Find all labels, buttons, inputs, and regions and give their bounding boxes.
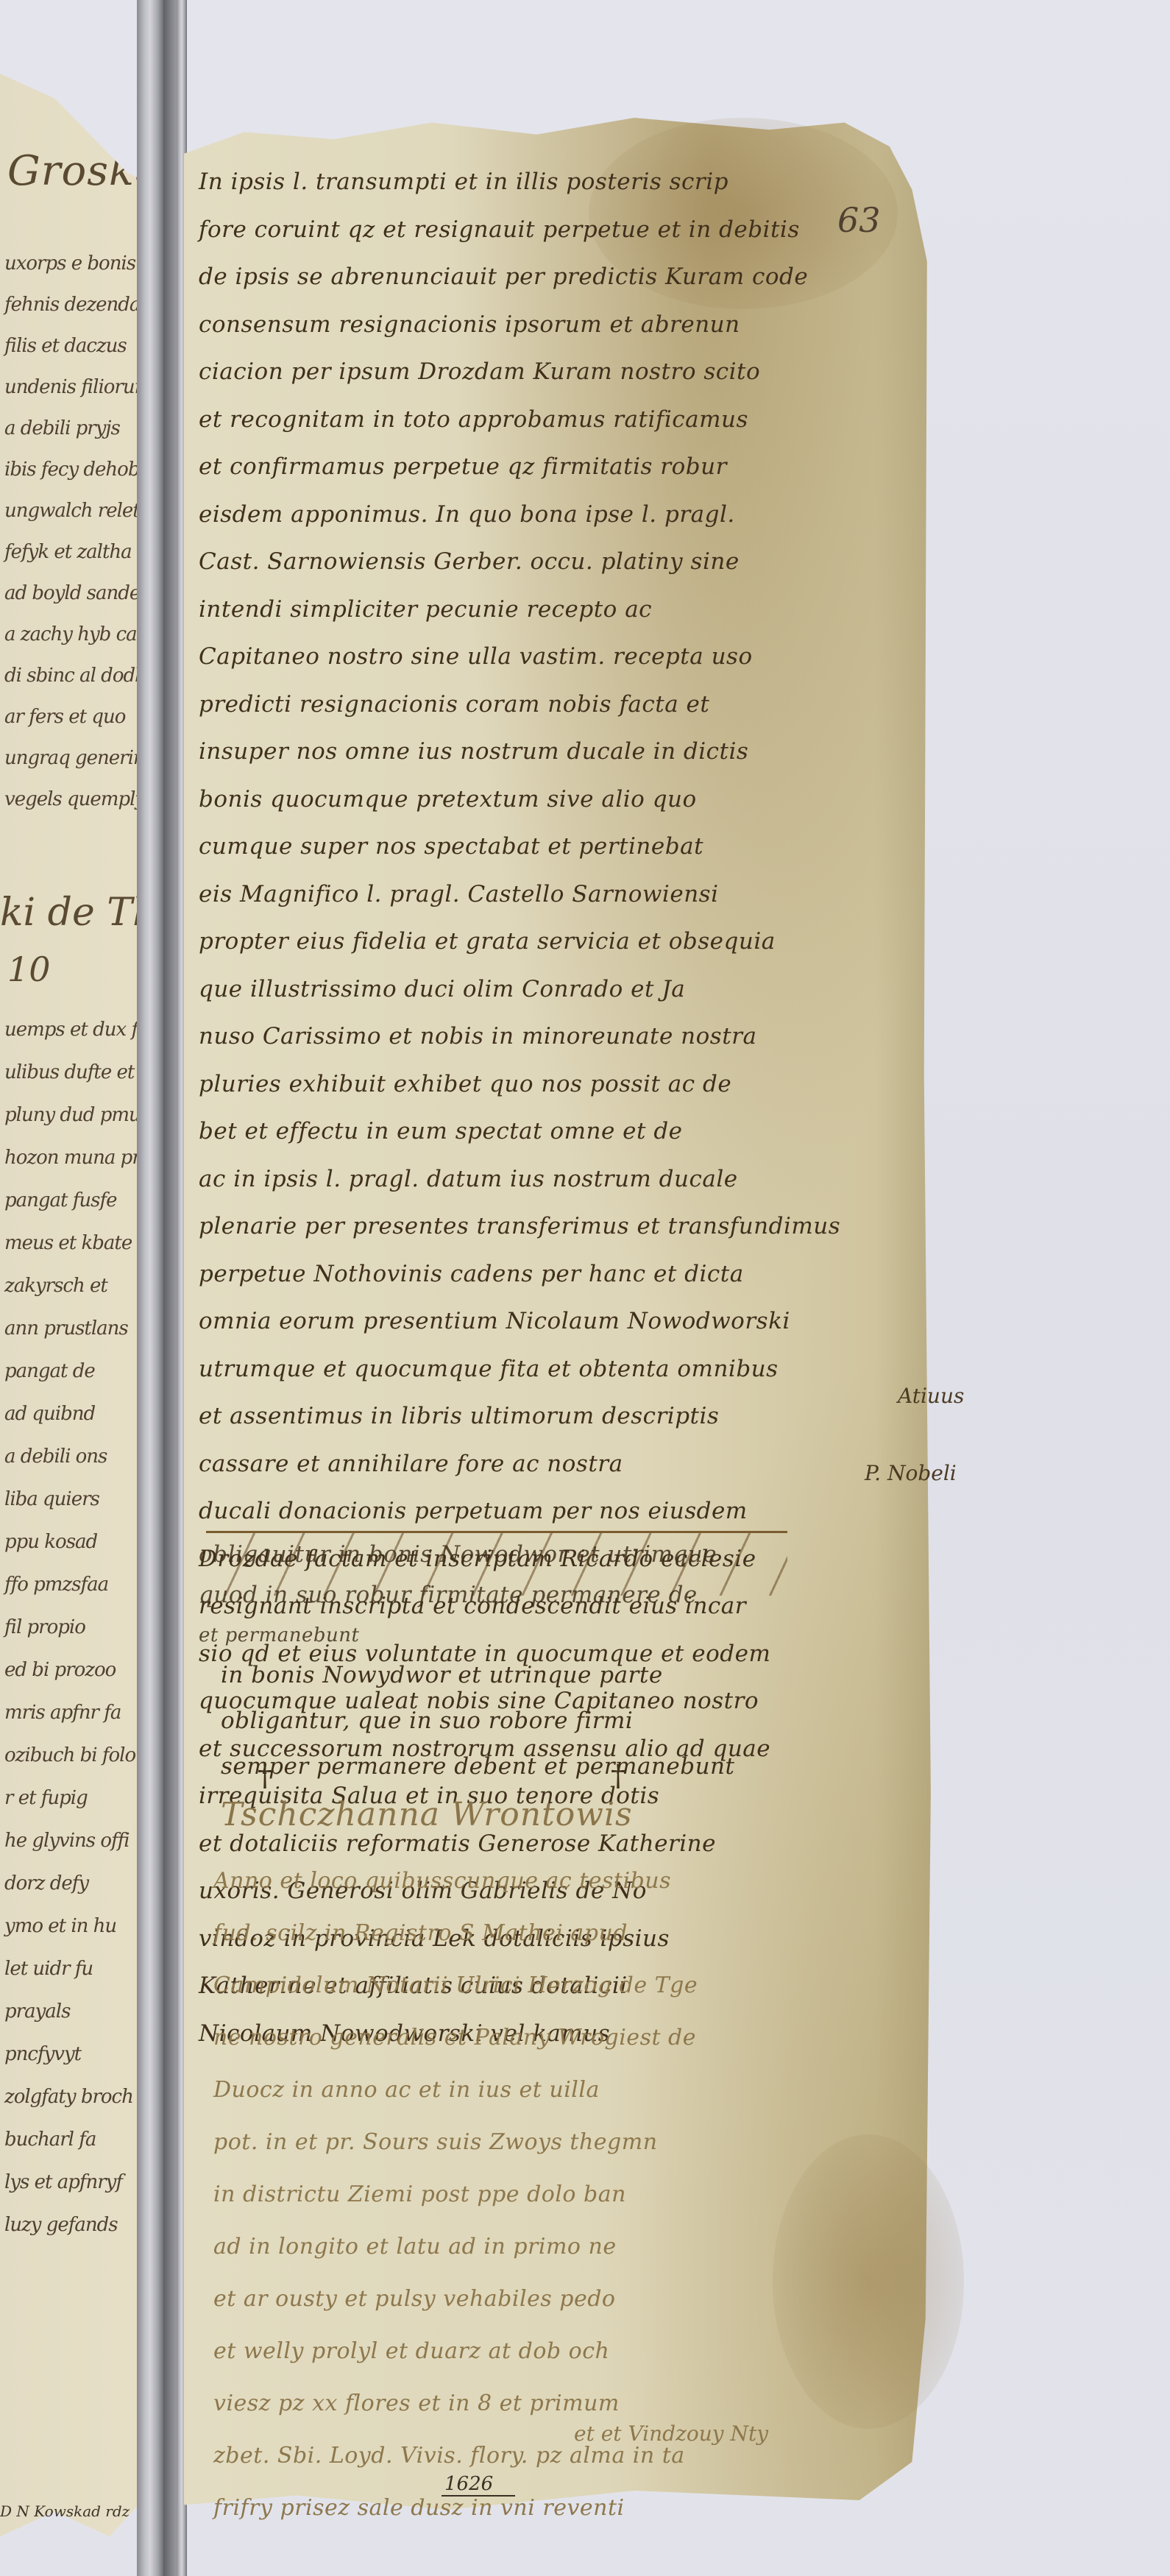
text-line: cumque super nos spectabat et pertinebat xyxy=(199,823,832,871)
gutter-shadow xyxy=(163,0,177,2576)
text-line: nuso Carissimo et nobis in minoreunate n… xyxy=(199,1013,832,1061)
section2-text-block: Anno et loco quibusscunque ac testibus f… xyxy=(213,1855,876,2534)
text-line: Duocz in anno ac et in ius et uilla xyxy=(213,2064,876,2116)
bottom-page-number: 1626 xyxy=(442,2473,515,2497)
text-line: ad in longito et latu ad in primo ne xyxy=(213,2221,876,2273)
folio-number: 63 xyxy=(837,200,881,240)
text-line: fore coruint qz et resignauit perpetue e… xyxy=(199,206,832,254)
text-line: pot. in et pr. Sours suis Zwoys thegmn xyxy=(213,2116,876,2168)
struck-line: quod in suo robur firmitate permanere de xyxy=(199,1575,832,1616)
margin-note: P. Nobeli xyxy=(865,1461,957,1485)
left-page-bottom-note: D N Kowskad rdz xyxy=(0,2502,130,2520)
text-line: ne nostro generalis et Palany Wrogiest d… xyxy=(213,2011,876,2064)
text-line: obligantur, que in suo robore firmi xyxy=(221,1698,854,1744)
text-line: pluries exhibuit exhibet quo nos possit … xyxy=(199,1061,832,1108)
struck-line: et permanebunt xyxy=(199,1616,832,1656)
text-line: zbet. Sbi. Loyd. Vivis. flory. pz alma i… xyxy=(213,2430,876,2482)
text-line: et welly prolyl et duarz at dob och xyxy=(213,2325,876,2377)
text-line: propter eius fidelia et grata servicia e… xyxy=(199,918,832,966)
insertion-text: in bonis Nowydwor et utrinque parte obli… xyxy=(221,1652,854,1789)
text-line: et recognitam in toto approbamus ratific… xyxy=(199,396,832,444)
text-line: frifry prisez sale dusz in vni reventi xyxy=(213,2482,876,2534)
text-line: et confirmamus perpetue qz firmitatis ro… xyxy=(199,443,832,491)
struck-line: obligauitur in bonis Nowodwor et utrimqu… xyxy=(199,1535,832,1575)
text-line: viesz pz xx flores et in 8 et primum xyxy=(213,2377,876,2430)
text-line: insuper nos omne ius nostrum ducale in d… xyxy=(199,728,832,776)
text-line: intendi simpliciter pecunie recepto ac xyxy=(199,586,832,634)
text-line: ducali donacionis perpetuam per nos eius… xyxy=(199,1487,832,1535)
cross-mark: † xyxy=(611,1759,625,1793)
text-line: in districtu Ziemi post ppe dolo ban xyxy=(213,2168,876,2221)
text-line: Cast. Sarnowiensis Gerber. occu. platiny… xyxy=(199,538,832,586)
text-line: cassare et annihilare fore ac nostra xyxy=(199,1440,832,1488)
left-page-subheading-number: 10 xyxy=(7,949,51,989)
text-line: Anno et loco quibusscunque ac testibus xyxy=(213,1855,876,1907)
text-line: ac in ipsis l. pragl. datum ius nostrum … xyxy=(199,1156,832,1203)
cross-mark: † xyxy=(258,1759,272,1793)
text-line: bet et effectu in eum spectat omne et de xyxy=(199,1108,832,1156)
struck-text: obligauitur in bonis Nowodwor et utrimqu… xyxy=(199,1535,832,1656)
text-line: Campidolum Notarii Ulrici Herzog de Tge xyxy=(213,1959,876,2011)
text-line: semper permanere debent et permanebunt xyxy=(221,1744,854,1789)
text-line: plenarie per presentes transferimus et t… xyxy=(199,1203,832,1250)
catchword: et et Vindzouy Nty xyxy=(574,2421,768,2446)
text-line: Capitaneo nostro sine ulla vastim. recep… xyxy=(199,633,832,681)
text-line: eis Magnifico l. pragl. Castello Sarnowi… xyxy=(199,871,832,919)
binding-rod xyxy=(137,0,163,2576)
text-line: perpetue Nothovinis cadens per hanc et d… xyxy=(199,1250,832,1298)
text-line: ciacion per ipsum Drozdam Kuram nostro s… xyxy=(199,348,832,396)
text-line: in bonis Nowydwor et utrinque parte xyxy=(221,1652,854,1698)
text-line: utrumque et quocumque fita et obtenta om… xyxy=(199,1345,832,1393)
text-line: fud. scilz in Registro S Mathei apud xyxy=(213,1907,876,1959)
text-line: omnia eorum presentium Nicolaum Nowodwor… xyxy=(199,1298,832,1345)
margin-note: Atiuus xyxy=(898,1384,964,1408)
text-line: predicti resignacionis coram nobis facta… xyxy=(199,681,832,729)
text-line: consensum resignacionis ipsorum et abren… xyxy=(199,301,832,349)
text-line: In ipsis l. transumpti et in illis poste… xyxy=(199,158,832,206)
section-title: Tschczhanna Wrontowis xyxy=(221,1796,633,1833)
text-line: que illustrissimo duci olim Conrado et J… xyxy=(199,966,832,1013)
text-line: bonis quocumque pretextum sive alio quo xyxy=(199,776,832,824)
text-line: et ar ousty et pulsy vehabiles pedo xyxy=(213,2273,876,2325)
text-line: eisdem apponimus. In quo bona ipse l. pr… xyxy=(199,491,832,539)
text-line: de ipsis se abrenunciauit per predictis … xyxy=(199,253,832,301)
text-line: et assentimus in libris ultimorum descri… xyxy=(199,1393,832,1440)
